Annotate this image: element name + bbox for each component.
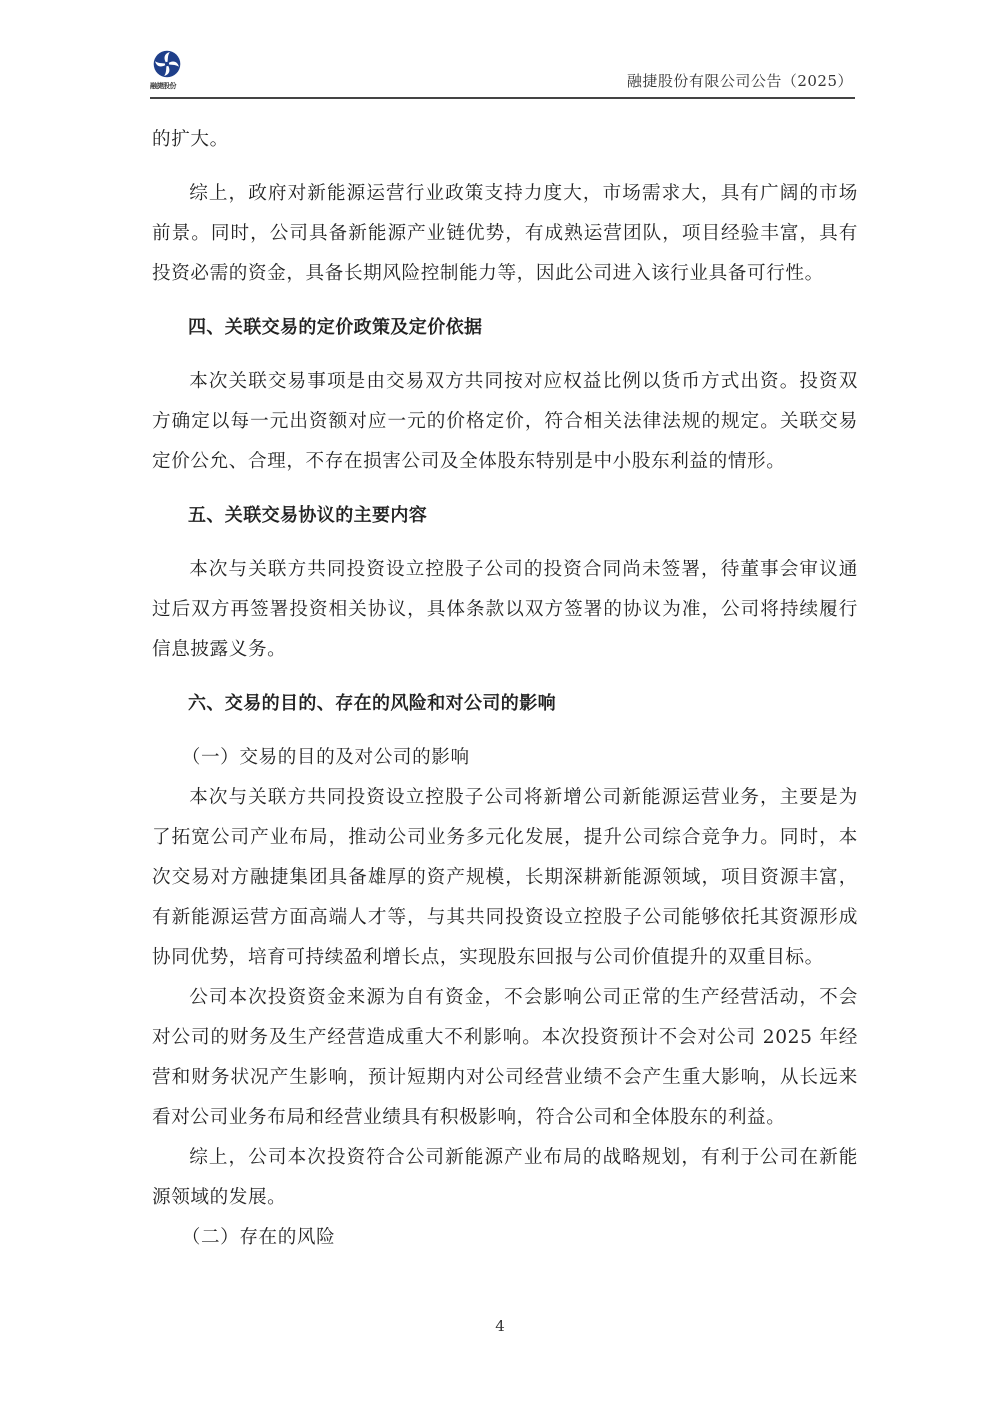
paragraph-agreement-content: 本次与关联方共同投资设立控股子公司的投资合同尚未签署，待董事会审议通过后双方再签… <box>152 550 858 670</box>
paragraph-funding-source: 公司本次投资资金来源为自有资金，不会影响公司正常的生产经营活动，不会对公司的财务… <box>152 978 858 1138</box>
section-heading-6: 六、交易的目的、存在的风险和对公司的影响 <box>152 684 858 724</box>
logo-text: 融捷股份 <box>150 81 190 91</box>
paragraph-feasibility-summary: 综上，政府对新能源运营行业政策支持力度大，市场需求大，具有广阔的市场前景。同时，… <box>152 174 858 294</box>
paragraph-transaction-purpose: 本次与关联方共同投资设立控股子公司将新增公司新能源运营业务，主要是为了拓宽公司产… <box>152 778 858 978</box>
section-heading-4: 四、关联交易的定价政策及定价依据 <box>152 308 858 348</box>
document-page: 融捷股份 融捷股份有限公司公告（2025） 的扩大。 综上，政府对新能源运营行业… <box>0 0 1000 1414</box>
document-body: 的扩大。 综上，政府对新能源运营行业政策支持力度大，市场需求大，具有广阔的市场前… <box>152 120 858 1258</box>
header-title: 融捷股份有限公司公告（2025） <box>627 70 853 91</box>
company-logo: 融捷股份 <box>150 50 190 96</box>
paragraph-continuation: 的扩大。 <box>152 120 858 160</box>
pinwheel-logo-icon <box>153 50 181 78</box>
subsection-heading-1: （一）交易的目的及对公司的影响 <box>152 738 858 778</box>
page-header: 融捷股份 融捷股份有限公司公告（2025） <box>150 50 855 99</box>
page-number: 4 <box>0 1317 1000 1335</box>
subsection-heading-2: （二）存在的风险 <box>152 1218 858 1258</box>
paragraph-conclusion: 综上，公司本次投资符合公司新能源产业布局的战略规划，有利于公司在新能源领域的发展… <box>152 1138 858 1218</box>
section-heading-5: 五、关联交易协议的主要内容 <box>152 496 858 536</box>
paragraph-pricing-policy: 本次关联交易事项是由交易双方共同按对应权益比例以货币方式出资。投资双方确定以每一… <box>152 362 858 482</box>
